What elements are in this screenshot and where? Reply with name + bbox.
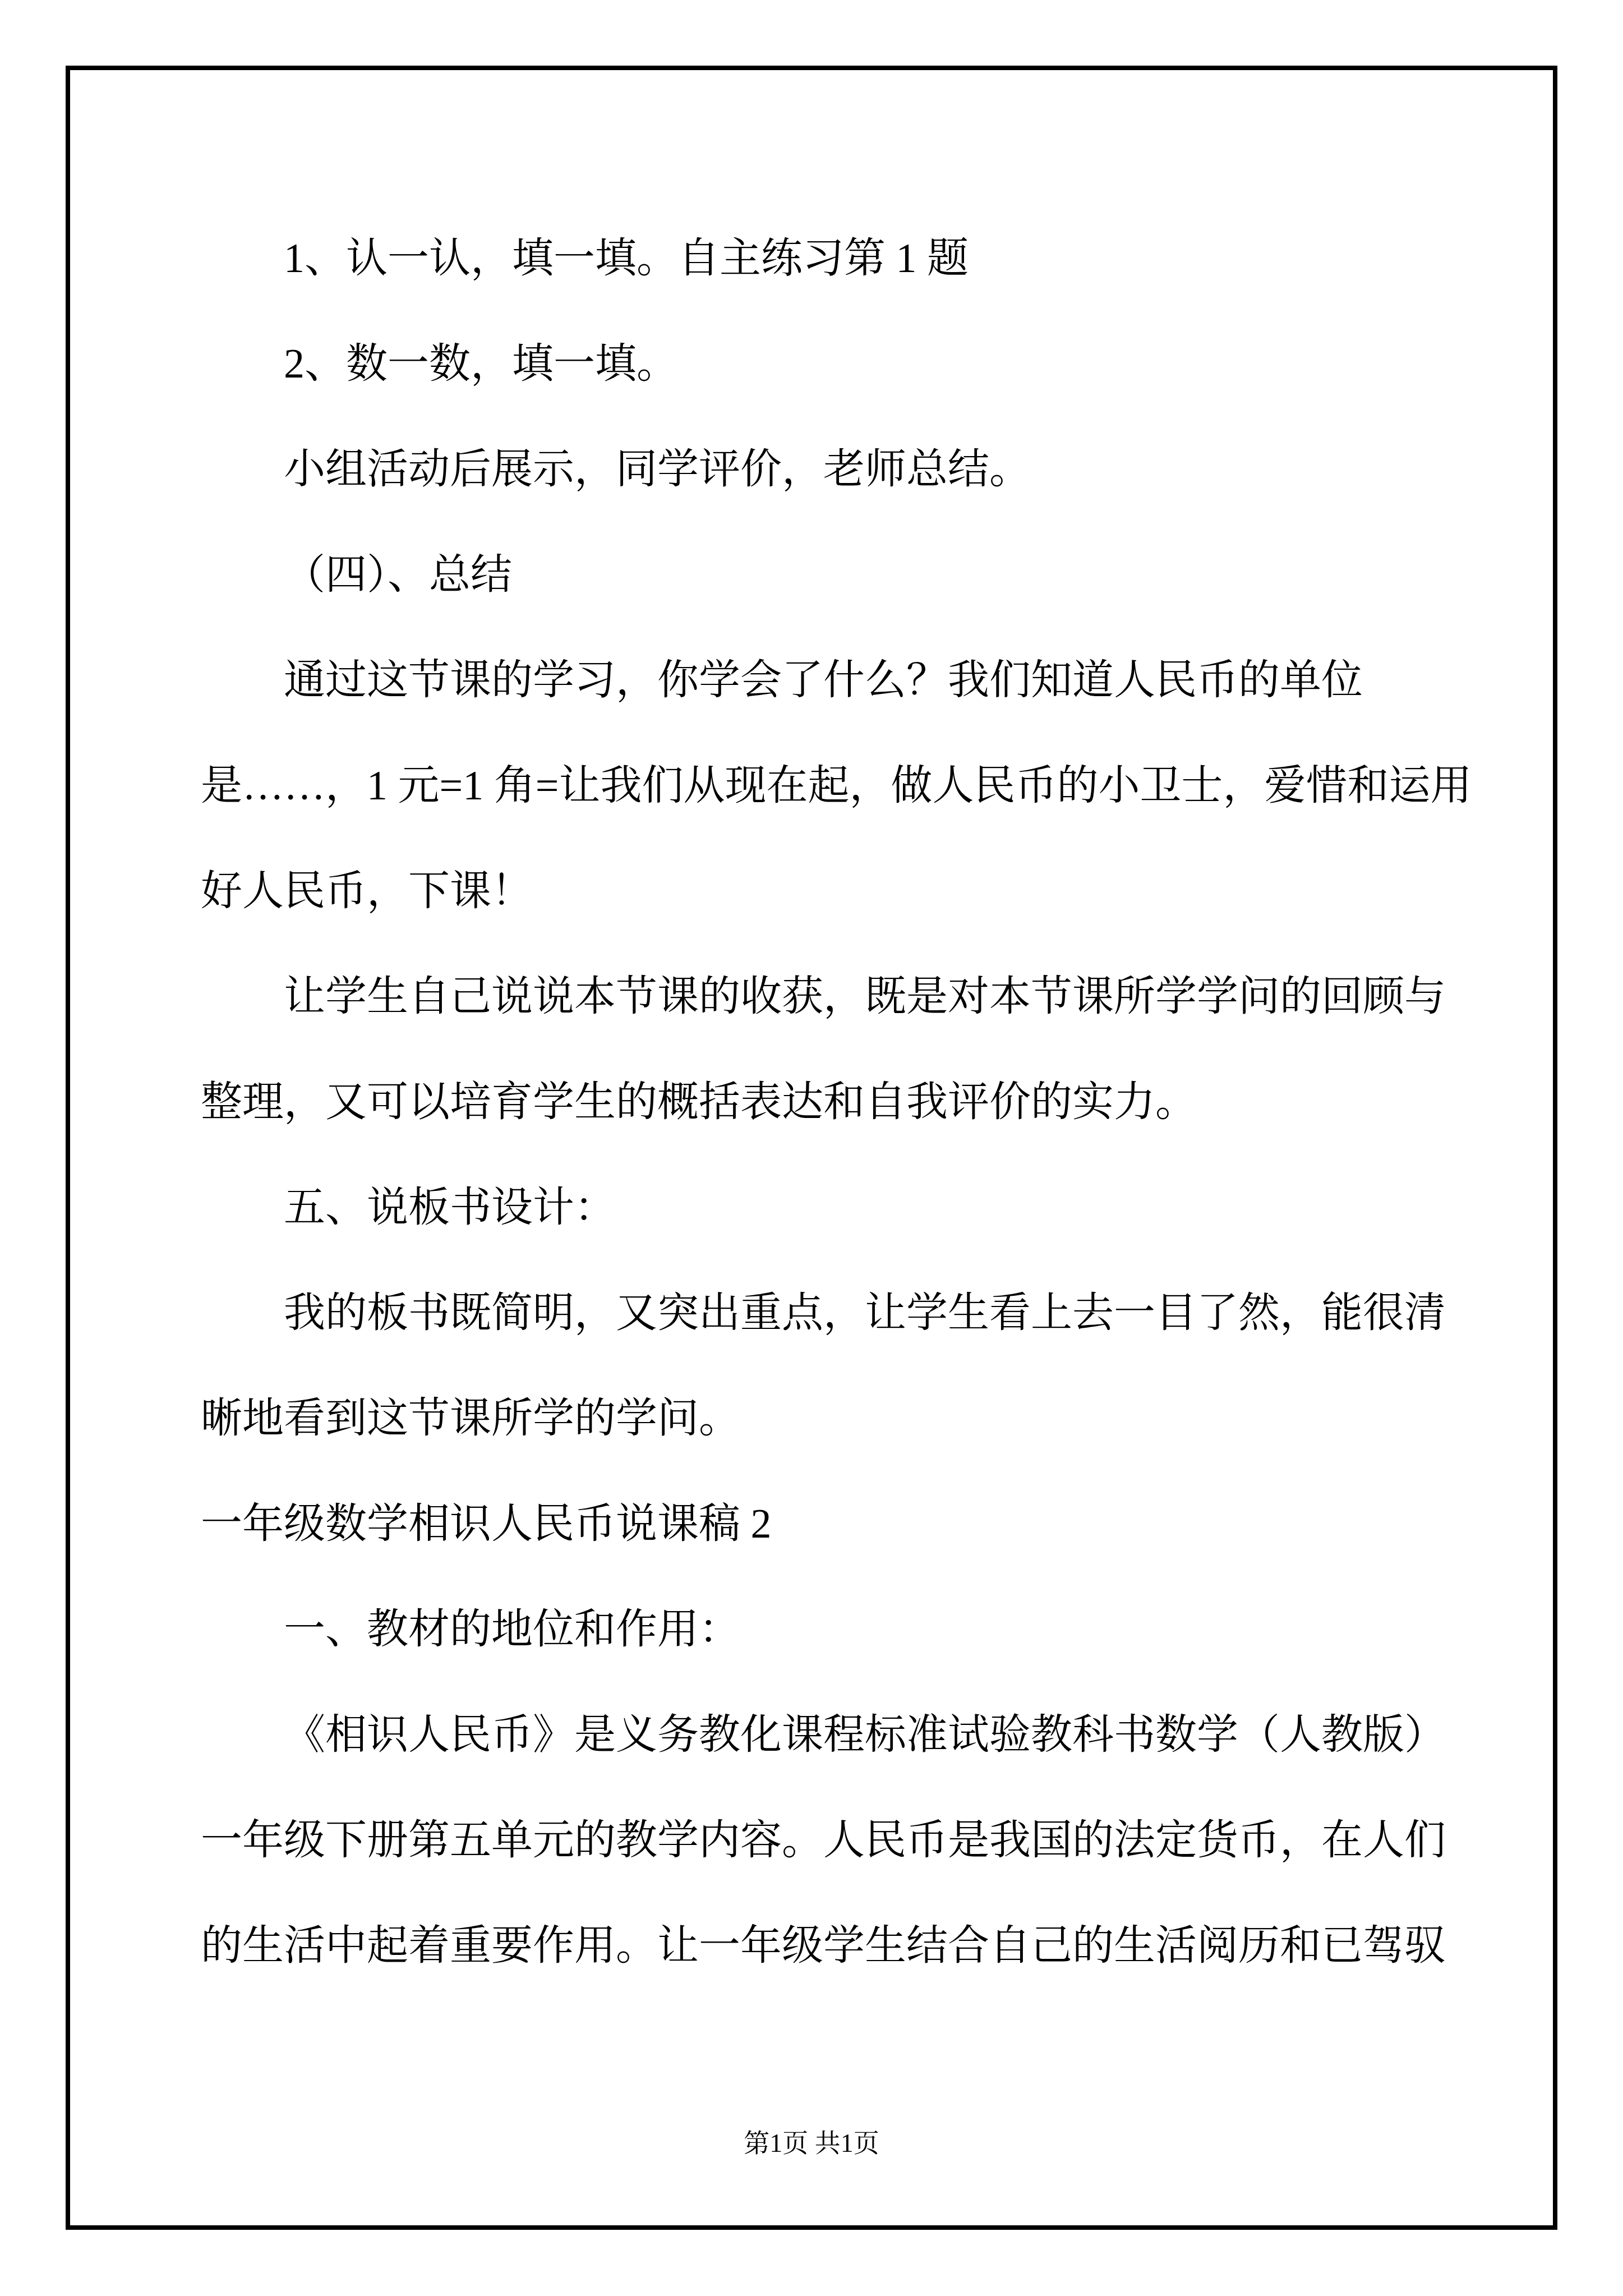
text-line: 我的板书既简明，又突出重点，让学生看上去一目了然，能很清: [284, 1291, 1446, 1336]
text-line: （四）、总结: [284, 553, 512, 598]
text-line: 《相识人民币》是义务教化课程标准试验教科书数学（人教版）: [284, 1713, 1446, 1758]
text-line: 晰地看到这节课所学的学问。: [201, 1397, 740, 1442]
text-line: 让学生自己说说本节课的收获，既是对本节课所学学问的回顾与: [284, 975, 1446, 1020]
text-line: 五、说板书设计：: [284, 1186, 616, 1231]
text-line: 1、认一认，填一填。自主练习第 1 题: [284, 237, 969, 282]
text-line: 通过这节课的学习，你学会了什么？我们知道人民币的单位: [284, 659, 1363, 703]
text-line: 一年级数学相识人民币说课稿 2: [201, 1502, 772, 1547]
text-line: 的生活中起着重要作用。让一年级学生结合自己的生活阅历和已驾驭: [201, 1924, 1446, 1969]
text-line: 是……，1 元=1 角=让我们从现在起，做人民币的小卫士，爱惜和运用: [201, 764, 1472, 809]
text-line: 小组活动后展示，同学评价，老师总结。: [284, 448, 1031, 493]
page-footer: 第1页 共1页: [66, 2131, 1557, 2156]
text-line: 好人民币，下课！: [201, 869, 533, 914]
text-line: 整理，又可以培育学生的概括表达和自我评价的实力。: [201, 1080, 1197, 1125]
text-line: 一、教材的地位和作用：: [284, 1608, 740, 1653]
text-line: 2、数一数，填一填。: [284, 342, 678, 387]
text-line: 一年级下册第五单元的教学内容。人民币是我国的法定货币，在人们: [201, 1819, 1446, 1864]
text-block: 1、认一认，填一填。自主练习第 1 题2、数一数，填一填。小组活动后展示，同学评…: [0, 0, 1623, 2296]
